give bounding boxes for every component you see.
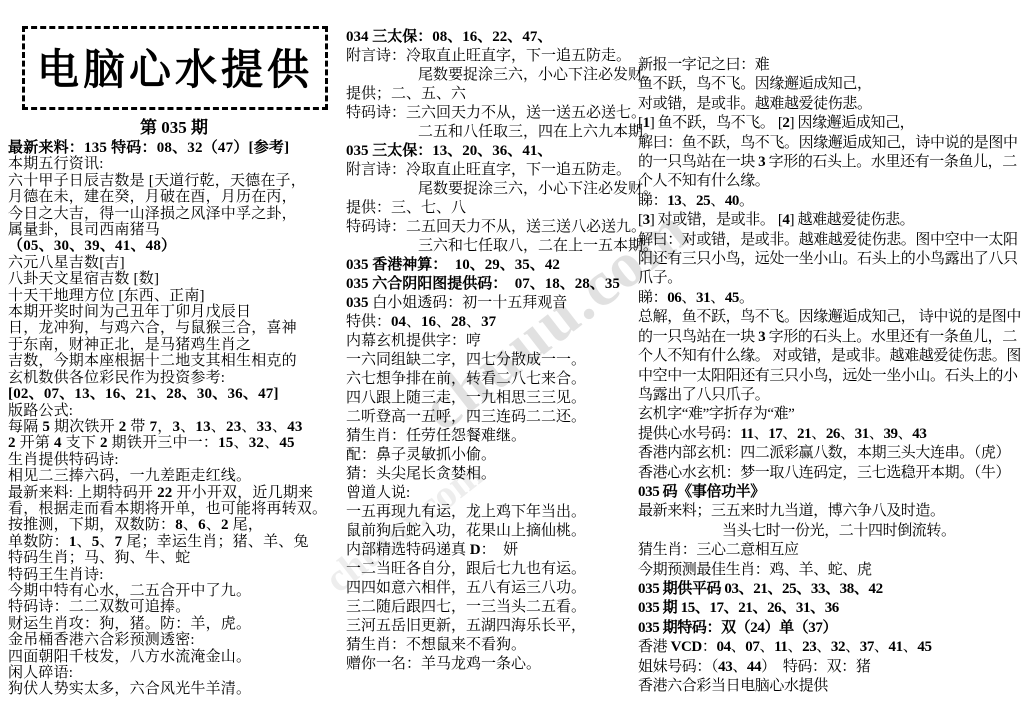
text-line: 最新来料：135 特码：08、32（47）[参考] xyxy=(8,140,340,156)
text-line: 特码诗：二五回天力不从，送三送八必送九。 xyxy=(346,218,634,237)
text-line: 的一只鸟站在一块 3 字形的石头上。水里还有一条鱼儿，二 xyxy=(638,328,1024,347)
text-line: 一六同组缺二字，四七分散成一一。 xyxy=(346,351,634,370)
text-line: 鱼不跃，鸟不飞。因缘邂逅成知己， xyxy=(638,75,1024,94)
text-line: 034 三太保：08、16、22、47、 xyxy=(346,28,634,47)
text-line: 特码诗：二二双数可追捧。 xyxy=(8,599,340,615)
text-line: [02、07、13、16、21、28、30、36、47] xyxy=(8,386,340,402)
text-line: 二五和八任取三，四在上六九本期。 xyxy=(346,123,634,142)
text-line: 相见二三捧六码，一九差距走红线。 xyxy=(8,468,340,484)
text-line: 特码王生肖诗: xyxy=(8,567,340,583)
text-line: 阳还有三只小鸟，远处一坐小山。石头上的小鸟露出了八只 xyxy=(638,250,1024,269)
text-line: 财运生肖攻：狗，猪。防：羊，虎。 xyxy=(8,616,340,632)
text-line: 提供：三、七、八 xyxy=(346,199,634,218)
text-line: 个人不知有什么缘。 对或错，是或非。越难越爱徒伤悲。图 xyxy=(638,347,1024,366)
text-line: 新报一字记之曰：难 xyxy=(638,56,1024,75)
text-line: 狗伏人势实太多，六合风光牛羊清。 xyxy=(8,681,340,697)
text-line: 爪子。 xyxy=(638,269,1024,288)
text-line: 属量卦，艮司西南猪马 xyxy=(8,222,340,238)
text-line: 035 白小姐透码：初一十五拜观音 xyxy=(346,294,634,313)
text-line: 特供：04、16、28、37 xyxy=(346,313,634,332)
text-line: 035 香港神算： 10、29、35、42 xyxy=(346,256,634,275)
text-line: 赠你一名：羊马龙鸡一条心。 xyxy=(346,655,634,674)
text-line: 内部精选特码递真 D： 妍 xyxy=(346,541,634,560)
text-line: 睇：06、31、45。 xyxy=(638,289,1024,308)
text-line: 一二当旺各自分，跟后七九也有运。 xyxy=(346,560,634,579)
text-line: 内幕玄机提供字：哼 xyxy=(346,332,634,351)
text-line: 猜生肖：三心二意相互应 xyxy=(638,541,1024,560)
text-line: 六十甲子日辰吉数是 [天道行乾，天德在子， xyxy=(8,173,340,189)
text-line: 三六和七任取八，二在上一五本期。 xyxy=(346,237,634,256)
text-line: 四八跟上随三走，一九相思三三见。 xyxy=(346,389,634,408)
text-line: 2 开第 4 支下 2 期铁开三中一：15、32、45 xyxy=(8,435,340,451)
text-line: [1] 鱼不跃，鸟不飞。 [2] 因缘邂逅成知己， xyxy=(638,114,1024,133)
text-line: 本期开奖时间为己丑年丁卯月戊辰日 xyxy=(8,304,340,320)
text-line: 猜：头尖尾长贪婪相。 xyxy=(346,465,634,484)
text-line: 曾道人说: xyxy=(346,484,634,503)
middle-column: 034 三太保：08、16、22、47、附言诗：冷取直止旺直字，下一追五防走。尾… xyxy=(346,28,634,674)
text-line: 吉数，今期本座根据十二地支其相生相克的 xyxy=(8,353,340,369)
text-line: 一五再现九有运，龙上鸡下年当出。 xyxy=(346,503,634,522)
text-line: 玄机数供各位彩民作为投资参考: xyxy=(8,370,340,386)
text-line: 香港六合彩当日电脑心水提供 xyxy=(638,677,1024,696)
masthead-box: 电脑心水提供 xyxy=(22,26,328,110)
text-line: 035 六合阴阳图提供码： 07、18、28、35 xyxy=(346,275,634,294)
page-title: 电脑心水提供 xyxy=(37,48,313,94)
text-line: 月德在未，建在癸，月破在酉，月历在丙， xyxy=(8,189,340,205)
text-line: 每隔 5 期次铁开 2 带 7，3、13、23、33、43 xyxy=(8,419,340,435)
right-lines: 新报一字记之曰：难鱼不跃，鸟不飞。因缘邂逅成知己，对或错，是或非。越难越爱徒伤悲… xyxy=(638,56,1024,696)
text-line: 睇：13、25、40。 xyxy=(638,192,1024,211)
text-line: 最新来料；三五来时九当道，博六争八及时造。 xyxy=(638,502,1024,521)
text-line: 个人不知有什么缘。 xyxy=(638,172,1024,191)
text-line: 今日之大吉，得一山泽损之风泽中孚之卦， xyxy=(8,206,340,222)
text-line: 今期中特有心水，二五合开中了九。 xyxy=(8,583,340,599)
text-line: 尾数要捉涂三六，小心下注必发财。 xyxy=(346,180,634,199)
text-line: 当头七时一份光，二十四时倒流转。 xyxy=(638,522,1024,541)
left-lines: 最新来料：135 特码：08、32（47）[参考]本期五行资讯:六十甲子日辰吉数… xyxy=(8,140,340,698)
text-line: （05、30、39、41、48） xyxy=(8,238,340,254)
text-line: 提供；二、五、六 xyxy=(346,85,634,104)
text-line: [3] 对或错，是或非。 [4] 越难越爱徒伤悲。 xyxy=(638,211,1024,230)
text-line: 的一只鸟站在一块 3 字形的石头上。水里还有一条鱼儿，二 xyxy=(638,153,1024,172)
text-line: 035 码《事倍功半》 xyxy=(638,483,1024,502)
text-line: 三河五岳旧更新，五湖四海乐长平， xyxy=(346,617,634,636)
text-line: 特码生肖；马、狗、牛、蛇 xyxy=(8,550,340,566)
text-line: 尾数要捉涂三六，小心下注必发财。 xyxy=(346,66,634,85)
right-column: 新报一字记之曰：难鱼不跃，鸟不飞。因缘邂逅成知己，对或错，是或非。越难越爱徒伤悲… xyxy=(638,56,1024,696)
text-line: 香港内部玄机：四二派彩赢八数，本期三头大连串。（虎） xyxy=(638,444,1024,463)
left-column: 电脑心水提供 第 035 期 最新来料：135 特码：08、32（47）[参考]… xyxy=(8,0,340,698)
text-line: 十天干地理方位 [东西、正南] xyxy=(8,288,340,304)
text-line: 版路公式: xyxy=(8,403,340,419)
text-line: 特码诗：三六回天力不从，送一送五必送七。 xyxy=(346,104,634,123)
text-line: 香港心水玄机：梦一取八连码定，三七选稳开本期。（牛） xyxy=(638,464,1024,483)
text-line: 姐妹号码：（43、44） 特码：双：猪 xyxy=(638,658,1024,677)
text-line: 二听登高一五呼，四三连码二二还。 xyxy=(346,408,634,427)
text-line: 于东南，财神正北，是马猪鸡生肖之 xyxy=(8,337,340,353)
text-line: 生肖提供特码诗: xyxy=(8,452,340,468)
text-line: 配：鼻子灵敏抓小偷。 xyxy=(346,446,634,465)
text-line: 日，龙冲狗，与鸡六合，与鼠猴三合，喜神 xyxy=(8,320,340,336)
text-line: 香港 VCD：04、07、11、23、32、37、41、45 xyxy=(638,638,1024,657)
text-line: 035 三太保：13、20、36、41、 xyxy=(346,142,634,161)
text-line: 附言诗：冷取直止旺直字，下一追五防走。 xyxy=(346,47,634,66)
text-line: 闲人碎语: xyxy=(8,665,340,681)
text-line: 看，根据走而看本期将开单，也可能将再转双。 xyxy=(8,501,340,517)
text-line: 035 期 15、17、21、26、31、36 xyxy=(638,599,1024,618)
text-line: 四面朝阳千枝发，八方水流淹金山。 xyxy=(8,649,340,665)
middle-lines: 034 三太保：08、16、22、47、附言诗：冷取直止旺直字，下一追五防走。尾… xyxy=(346,28,634,674)
text-line: 解曰：鱼不跃，鸟不飞。因缘邂逅成知己，诗中说的是图中 xyxy=(638,134,1024,153)
text-line: 中空中一太阳阳还有三只小鸟，远处一坐小山。石头上的小 xyxy=(638,367,1024,386)
text-line: 金吊桶香港六合彩预测透密: xyxy=(8,632,340,648)
text-line: 按推测，下期，双数防：8、6、2 尾， xyxy=(8,517,340,533)
text-line: 今期预测最佳生肖：鸡、羊、蛇、虎 xyxy=(638,561,1024,580)
text-line: 三二随后跟四七，一三当头二五看。 xyxy=(346,598,634,617)
issue-number: 第 035 期 xyxy=(8,113,340,138)
text-line: 鼠前狗后蛇入功，花果山上摘仙桃。 xyxy=(346,522,634,541)
text-line: 总解，鱼不跃，鸟不飞。因缘邂逅成知己， 诗中说的是图中 xyxy=(638,308,1024,327)
text-line: 最新来料: 上期特码开 22 开小开双，近几期来 xyxy=(8,485,340,501)
text-line: 八卦天文星宿吉数 [数] xyxy=(8,271,340,287)
text-line: 单数防：1、5、7 尾；幸运生肖；猪、羊、兔 xyxy=(8,534,340,550)
text-line: 六七想争排在前，转看二八七来合。 xyxy=(346,370,634,389)
text-line: 附言诗：冷取直止旺直字，下一追五防走。 xyxy=(346,161,634,180)
text-line: 六元八星吉数[吉] xyxy=(8,255,340,271)
text-line: 鸟露出了八只爪子。 xyxy=(638,386,1024,405)
text-line: 猜生肖：不想鼠来不看狗。 xyxy=(346,636,634,655)
text-line: 035 期供平码 03、21、25、33、38、42 xyxy=(638,580,1024,599)
text-line: 035 期特码：双（24）单（37） xyxy=(638,619,1024,638)
text-line: 对或错，是或非。越难越爱徒伤悲。 xyxy=(638,95,1024,114)
text-line: 四四如意六相伴，五八有运三八功。 xyxy=(346,579,634,598)
text-line: 解曰：对或错，是或非。越难越爱徒伤悲。图中空中一太阳 xyxy=(638,231,1024,250)
text-line: 本期五行资讯: xyxy=(8,156,340,172)
text-line: 提供心水号码：11、17、21、26、31、39、43 xyxy=(638,425,1024,444)
text-line: 玄机字“难”字折存为“难” xyxy=(638,405,1024,424)
text-line: 猜生肖：任劳任怨餐难继。 xyxy=(346,427,634,446)
